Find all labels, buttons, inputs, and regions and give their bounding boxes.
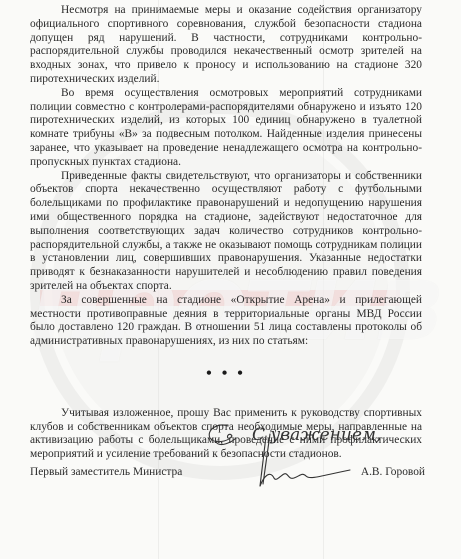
document-body: Несмотря на принимаемые меры и оказание … [30,4,422,462]
document-page: против Несмотря на принимаемые меры и ок… [0,0,461,559]
paragraph-facts: Приведенные факты свидетельствуют, что о… [30,170,422,294]
paragraph-detentions: За совершенные на стадионе «Открытие Аре… [30,294,422,349]
paragraph-inspection: Во время осуществления осмотровых меропр… [30,87,422,170]
signer-title: Первый заместитель Министра [30,466,182,478]
signer-name: А.В. Горовой [361,466,425,478]
paragraph-violations: Несмотря на принимаемые меры и оказание … [30,4,422,87]
handwritten-note: С уважением, [252,425,381,445]
omission-marker: • • • [30,367,422,381]
